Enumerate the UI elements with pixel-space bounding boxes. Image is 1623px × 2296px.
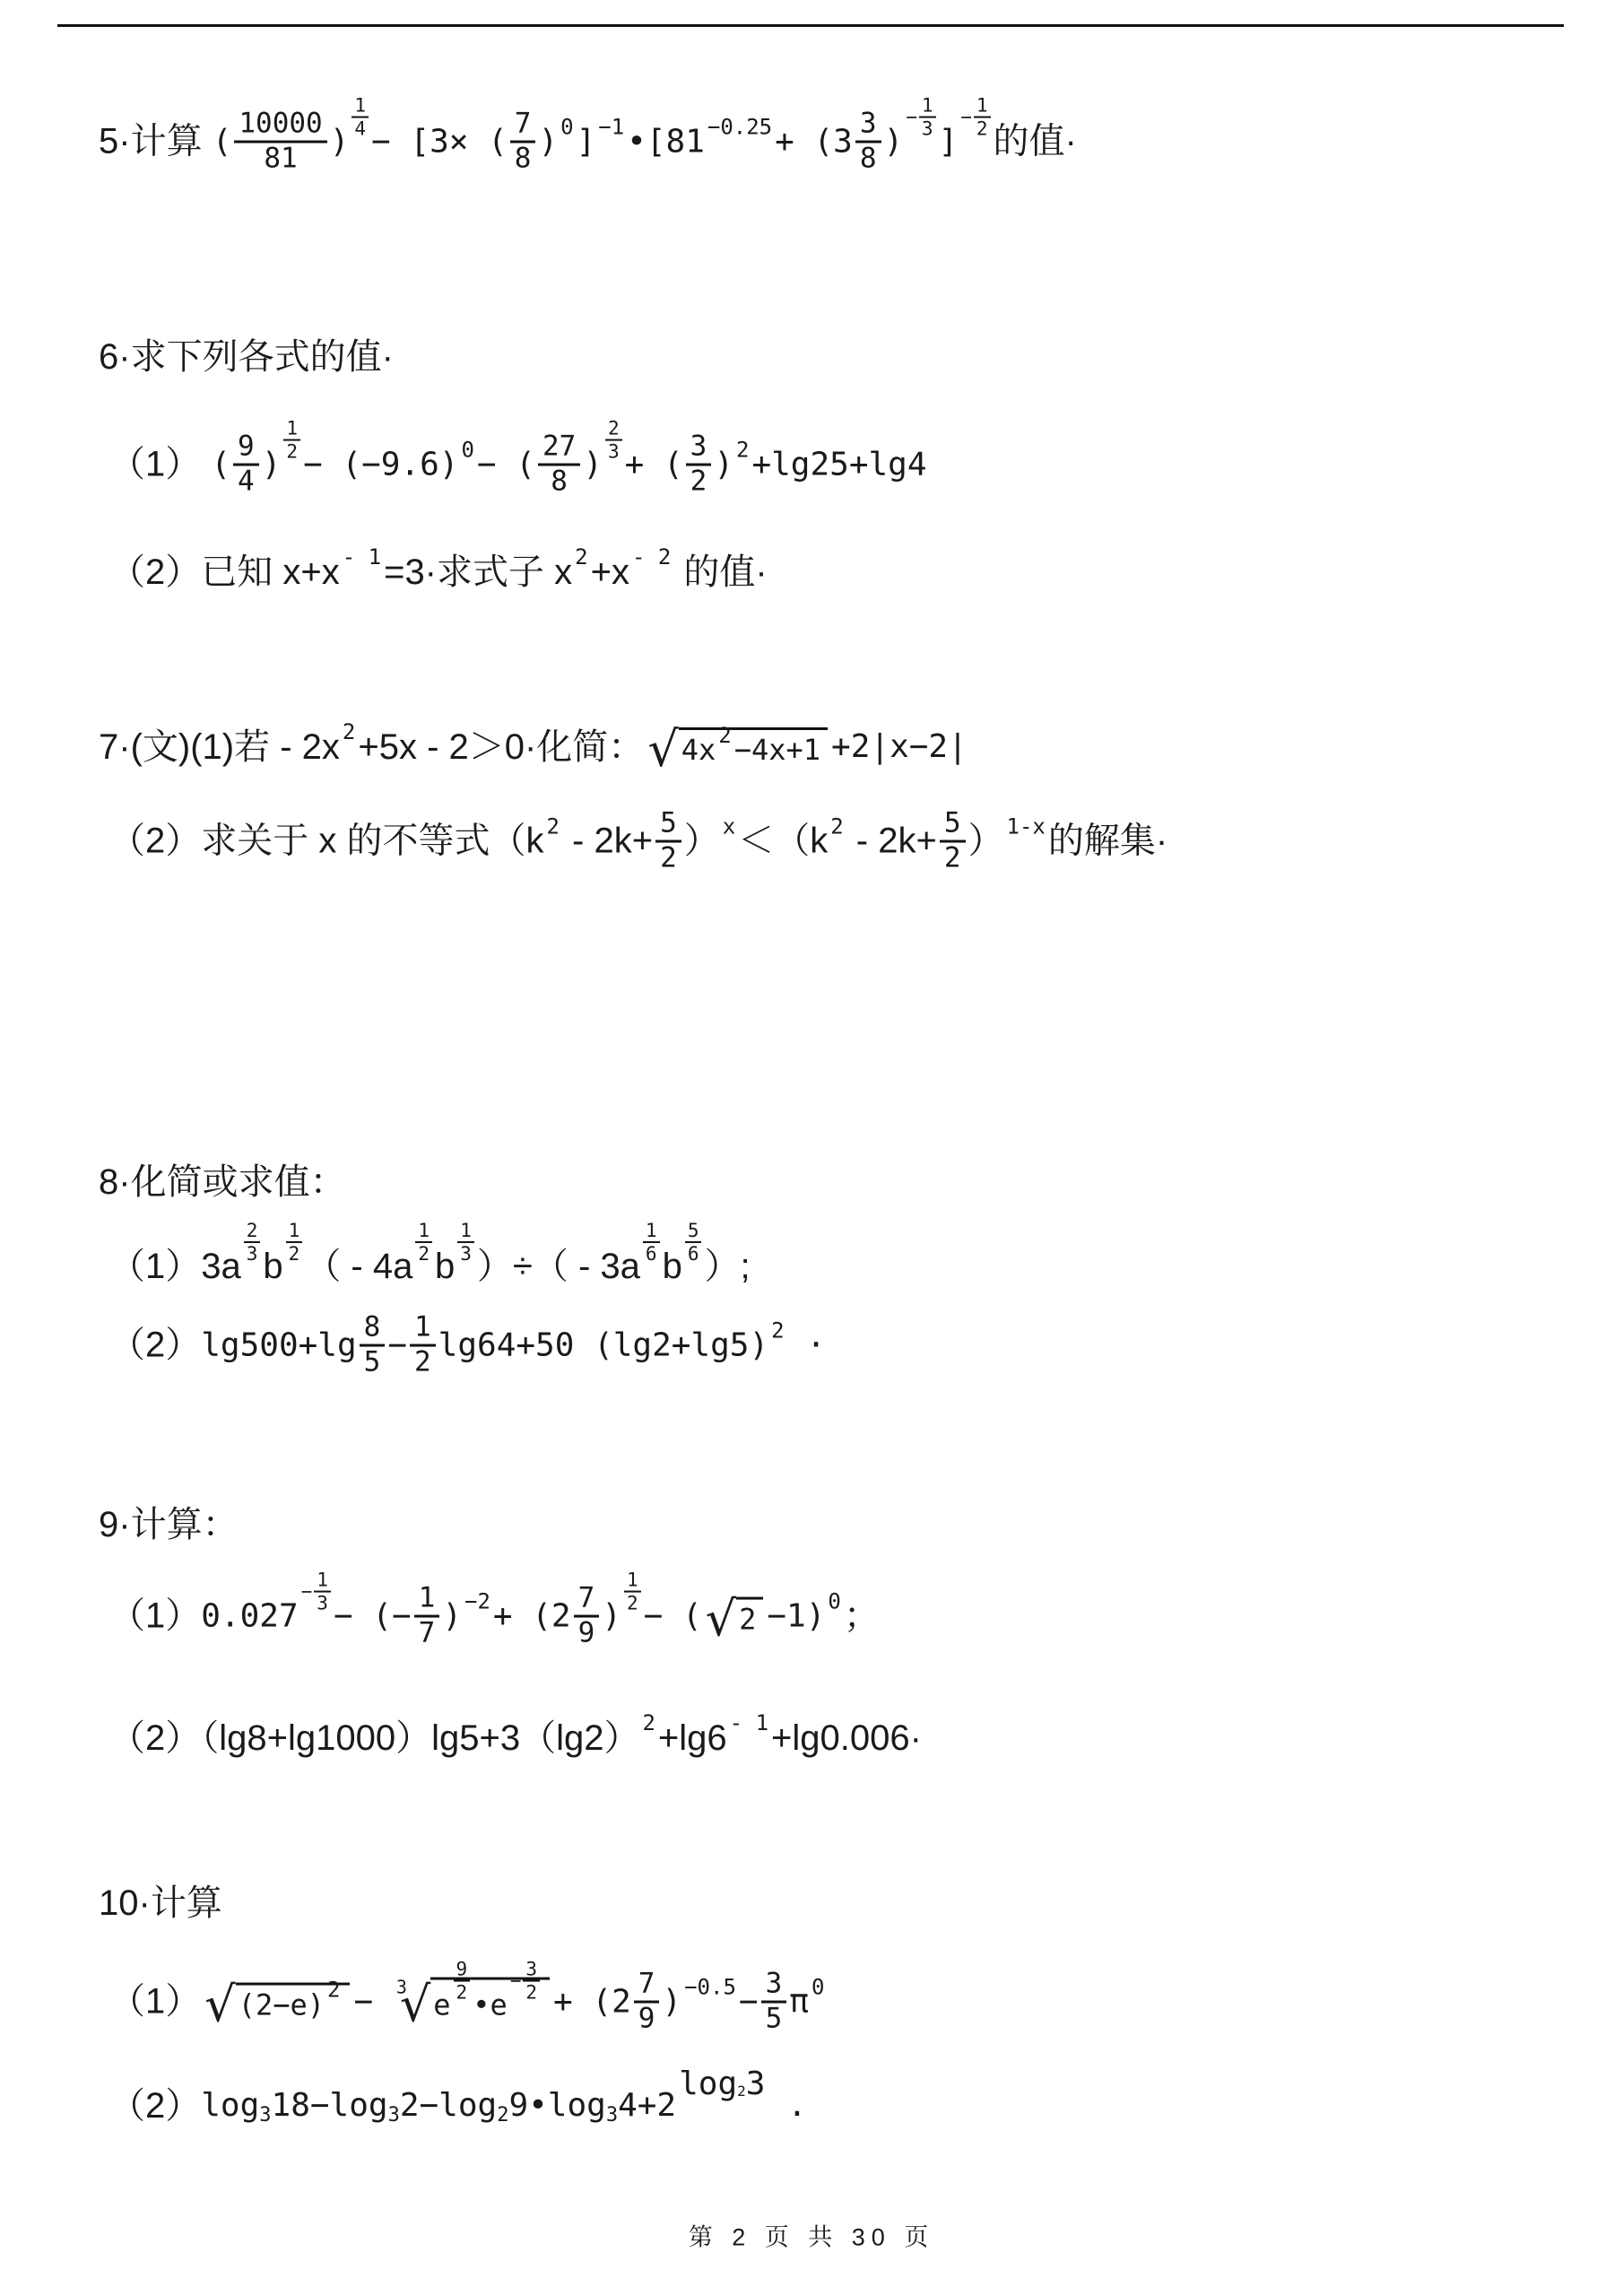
text-run: 6·求下列各式的值· (99, 336, 394, 378)
text-run: +lg6 (658, 1718, 727, 1759)
fraction: 13 (919, 96, 936, 139)
superscript: 2 (771, 1318, 784, 1344)
fraction-exponent: 12 (415, 1221, 432, 1264)
problem-8-part-2: （2）lg500+lg85−12lg64+50 (lg2+lg5)2 · (109, 1313, 826, 1378)
fraction-numerator: 1 (314, 1570, 331, 1593)
problem-8-part-1: （1）3a23b12（ - 4a12b13）÷（ - 3a16b56）; (109, 1245, 751, 1288)
math-run: •e (473, 1988, 508, 2022)
math-run: (2−e) (239, 1988, 325, 2022)
text-run: （1） (109, 1596, 201, 1637)
math-run: lg64+50 (lg2+lg5) (438, 1326, 768, 1363)
superscript: 0 (461, 438, 473, 463)
superscript: −2 (464, 1589, 490, 1614)
fraction-exponent: 16 (643, 1221, 660, 1264)
superscript: - 1 (730, 1711, 768, 1736)
fraction: 12 (974, 96, 991, 139)
fraction: 79 (574, 1584, 600, 1649)
math-run: . (768, 2087, 806, 2124)
superscript: −0.5 (684, 1975, 736, 2000)
math-run: −4x+1 (734, 734, 820, 767)
text-run: 5·计算 (99, 121, 213, 162)
text-run: ； (844, 1596, 880, 1637)
math-run: − ( (477, 446, 535, 483)
math-run: lg500+lg (201, 1326, 356, 1363)
fraction-denominator: 3 (608, 441, 620, 462)
fraction: 12 (415, 1221, 432, 1264)
math-run: +lg25+lg4 (751, 446, 926, 483)
fraction-numerator: 1 (286, 1221, 303, 1243)
text-run: ） (968, 821, 1004, 862)
radicand: (2−e)2 (236, 1982, 351, 2022)
text-run: - 2k+ (846, 821, 937, 862)
radical-symbol: √ (706, 1599, 736, 1638)
fraction-numerator: 3 (523, 1959, 540, 1981)
fraction-denominator: 2 (456, 1982, 468, 2003)
document-page: 5·计算 (1000081)14− [3× (78)0]−1•[81−0.25+… (0, 0, 1623, 2296)
fraction: 79 (634, 1970, 660, 2035)
fraction: 12 (286, 1221, 303, 1264)
fraction-numerator: 27 (538, 432, 580, 466)
superscript: −0.25 (707, 115, 772, 140)
fraction-exponent: 56 (685, 1221, 702, 1264)
problem-7-part-2: （2）求关于 x 的不等式（k2 - 2k+52）x＜（k2 - 2k+52）1… (109, 809, 1167, 874)
fraction: 13 (457, 1221, 474, 1264)
fraction-denominator: 4 (354, 118, 366, 139)
fraction-denominator: 2 (627, 1593, 638, 1613)
fraction-denominator: 6 (646, 1243, 657, 1264)
math-run: •[81 (627, 123, 705, 160)
text-run: 8·化简或求值： (99, 1161, 346, 1203)
fraction: 78 (510, 109, 536, 175)
math-run: + ( (625, 446, 683, 483)
subscript: 3 (259, 2104, 271, 2126)
math-run: log (201, 2087, 259, 2124)
fraction-denominator: 5 (766, 2004, 783, 2034)
fraction: 17 (414, 1584, 440, 1649)
fraction-denominator: 6 (688, 1243, 699, 1264)
problem-9-part-1: （1）0.027−13− (−17)−2+ (279)12− (√2−1)0； (109, 1584, 880, 1649)
math-run: ) (442, 1597, 462, 1634)
fraction: 16 (643, 1221, 660, 1264)
radical-symbol: √ (204, 1985, 235, 2023)
radical-symbol: √ (400, 1985, 430, 2023)
superscript: - 1 (343, 545, 381, 570)
fraction-numerator: 7 (634, 1970, 660, 2004)
superscript: 0 (828, 1589, 840, 1614)
fraction-denominator: 2 (414, 1347, 431, 1378)
text-run: 10·计算 (99, 1883, 222, 1924)
math-run: − (−9.6) (303, 446, 458, 483)
math-run: ) (884, 123, 904, 160)
exponent-sign: − (960, 107, 972, 128)
fraction-exponent: 12 (286, 1221, 303, 1264)
fraction-denominator: 2 (286, 441, 298, 462)
fraction: 278 (538, 432, 580, 498)
text-run: （2）（lg8+lg1000）lg5+3（lg2） (109, 1718, 639, 1759)
exponent-sign: − (906, 107, 917, 128)
fraction-denominator: 8 (860, 143, 877, 174)
text-run: +lg0.006· (771, 1718, 922, 1759)
text-run: 9·计算： (99, 1504, 239, 1545)
math-run: − [3× ( (371, 123, 508, 160)
fraction-numerator: 1 (410, 1313, 436, 1347)
subscript: 3 (388, 2104, 400, 2126)
math-run: ) (602, 1597, 621, 1634)
fraction: 56 (685, 1221, 702, 1264)
fraction-numerator: 7 (510, 109, 536, 143)
fraction: 35 (761, 1970, 787, 2035)
text-run: =3·求式子 x (384, 552, 572, 593)
superscript: 2 (642, 1711, 655, 1736)
superscript: 2 (830, 814, 843, 839)
math-run: 9•log (508, 2087, 605, 2124)
math-run: ) (662, 1983, 681, 2020)
fraction-numerator: 2 (244, 1221, 261, 1243)
fraction: 13 (314, 1570, 331, 1613)
fraction-numerator: 9 (454, 1959, 471, 1981)
subscript: 3 (606, 2104, 618, 2126)
fraction-denominator: 8 (515, 143, 532, 174)
superscript: 2 (343, 720, 355, 745)
problem-6-part-1: （1） (94)12− (−9.6)0− (278)23+ (32)2+lg25… (109, 432, 927, 498)
math-run: −1) (767, 1597, 825, 1634)
superscript: 0 (560, 115, 573, 140)
text-run: （1） (109, 444, 211, 485)
fraction-denominator: 3 (317, 1593, 328, 1613)
superscript-group: log23 (679, 2066, 765, 2102)
fraction-numerator: 1 (643, 1221, 660, 1243)
fraction-exponent: 92 (454, 1959, 471, 2002)
fraction-numerator: 8 (360, 1313, 386, 1347)
fraction-exponent: −13 (301, 1570, 331, 1613)
fraction-exponent: −12 (960, 96, 990, 139)
math-run: ) (262, 446, 282, 483)
fraction-numerator: 3 (855, 109, 881, 143)
math-run: ) (583, 446, 603, 483)
text-run: ＜（k (738, 821, 828, 862)
text-run: b (435, 1246, 455, 1287)
text-run: 的值· (673, 552, 767, 593)
fraction: 32 (523, 1959, 540, 2002)
fraction-numerator: 1 (352, 96, 369, 118)
problem-10-part-1: （1）√(2−e)2− 3√e92•e−32+ (279)−0.5−35π0 (109, 1970, 827, 2035)
fraction-exponent: 23 (605, 419, 622, 462)
fraction-exponent: 14 (352, 96, 369, 139)
page-number-footer: 第 2 页 共 30 页 (0, 2218, 1623, 2253)
fraction-exponent: 23 (244, 1221, 261, 1264)
fraction-numerator: 2 (605, 419, 622, 441)
math-run: π (789, 1983, 809, 2020)
math-run: ) (330, 123, 350, 160)
problem-9-title: 9·计算： (99, 1504, 239, 1545)
text-run: 7·(文)(1)若 - 2x (99, 726, 340, 768)
fraction-numerator: 3 (686, 432, 712, 466)
text-run: （2） (109, 2085, 201, 2126)
text-run: ） (684, 821, 720, 862)
radicand: e92•e−32 (430, 1977, 550, 2026)
radical-symbol: √ (647, 730, 678, 769)
fraction-denominator: 7 (419, 1618, 436, 1648)
fraction-denominator: 9 (578, 1618, 595, 1648)
fraction-numerator: 1 (919, 96, 936, 118)
math-run: ( (211, 446, 230, 483)
radical: √4x2−4x+1 (647, 727, 828, 767)
fraction-numerator: 1 (624, 1570, 641, 1593)
fraction-exponent: 12 (624, 1570, 641, 1613)
math-run: ] (939, 123, 959, 160)
fraction-numerator: 5 (655, 809, 681, 843)
fraction-numerator: 1 (415, 1221, 432, 1243)
text-run: ）; (704, 1246, 750, 1287)
superscript: −1 (598, 115, 624, 140)
superscript: x (723, 814, 735, 839)
fraction: 38 (855, 109, 881, 175)
fraction-exponent: 12 (283, 419, 300, 462)
text-run: （1） (109, 1981, 201, 2022)
text-run: （2） (109, 1325, 201, 1366)
fraction: 14 (352, 96, 369, 139)
exponent-sign: − (510, 1970, 522, 1991)
fraction: 85 (360, 1313, 386, 1378)
text-run: 的值· (994, 121, 1077, 162)
math-run: 0.027 (201, 1597, 298, 1634)
fraction-denominator: 3 (922, 118, 933, 139)
problem-9-part-2: （2）（lg8+lg1000）lg5+3（lg2）2+lg6- 1+lg0.00… (109, 1718, 922, 1759)
fraction: 52 (655, 809, 681, 874)
problem-7-part-1: 7·(文)(1)若 - 2x2+5x - 2＞0·化简：√4x2−4x+1+2|… (99, 726, 968, 768)
fraction: 12 (624, 1570, 641, 1613)
fraction: 1000081 (234, 109, 326, 175)
problem-8-title: 8·化简或求值： (99, 1161, 346, 1203)
fraction-numerator: 1 (974, 96, 991, 118)
fraction: 92 (454, 1959, 471, 2002)
problem-5-statement: 5·计算 (1000081)14− [3× (78)0]−1•[81−0.25+… (99, 109, 1077, 175)
superscript: - 2 (632, 545, 671, 570)
math-run: − (− (334, 1597, 412, 1634)
fraction-denominator: 2 (690, 466, 707, 497)
math-run: + (2 (553, 1983, 631, 2020)
fraction-numerator: 10000 (234, 109, 326, 143)
text-run: ）÷（ - 3a (477, 1246, 640, 1287)
subscript: 2 (497, 2104, 508, 2126)
superscript: 2 (736, 438, 749, 463)
fraction: 52 (940, 809, 966, 874)
text-run: +5x - 2＞0·化简： (358, 726, 644, 768)
text-run: （2）求关于 x 的不等式（k (109, 821, 543, 862)
fraction-denominator: 3 (460, 1243, 472, 1264)
subscript: 2 (737, 2083, 746, 2100)
fraction-numerator: 9 (233, 432, 259, 466)
math-run: ) (538, 123, 558, 160)
problem-10-part-2: （2）log318−log32−log29•log34+2log23 . (109, 2085, 807, 2126)
fraction-denominator: 2 (418, 1243, 430, 1264)
fraction-denominator: 4 (238, 466, 255, 497)
math-run: ] (577, 123, 596, 160)
exponent-sign: − (301, 1581, 313, 1603)
superscript: 2 (546, 814, 559, 839)
math-run: · (787, 1326, 826, 1363)
math-run: 4x (681, 734, 716, 767)
math-run: 2−log (400, 2087, 497, 2124)
math-run: − ( (644, 1597, 702, 1634)
radical: √(2−e)2 (204, 1982, 350, 2022)
fraction: 32 (686, 432, 712, 498)
fraction-denominator: 9 (638, 2004, 655, 2034)
fraction-numerator: 1 (414, 1584, 440, 1618)
superscript: 0 (811, 1975, 824, 2000)
math-run: ( (213, 123, 232, 160)
text-run: （1）3a (109, 1246, 241, 1287)
fraction: 23 (244, 1221, 261, 1264)
problem-10-title: 10·计算 (99, 1883, 222, 1924)
text-run: - 2k+ (562, 821, 653, 862)
radical: 3√e92•e−32 (396, 1977, 550, 2026)
fraction-denominator: 2 (660, 843, 677, 874)
fraction-denominator: 3 (247, 1243, 258, 1264)
fraction: 12 (283, 419, 300, 462)
fraction-numerator: 1 (457, 1221, 474, 1243)
math-run: + (3 (775, 123, 853, 160)
fraction-exponent: −32 (510, 1959, 540, 2002)
text-run: b (663, 1246, 682, 1287)
fraction-exponent: 13 (457, 1221, 474, 1264)
fraction-numerator: 5 (685, 1221, 702, 1243)
math-run: +2|x−2| (831, 728, 968, 765)
text-run: +x (591, 552, 629, 593)
fraction-exponent: −13 (906, 96, 935, 139)
fraction-denominator: 2 (289, 1243, 300, 1264)
fraction-denominator: 8 (551, 466, 568, 497)
radicand: 4x2−4x+1 (679, 727, 828, 767)
math-run: e (433, 1988, 450, 2022)
fraction-denominator: 2 (525, 1982, 537, 2003)
fraction-denominator: 2 (944, 843, 961, 874)
fraction-numerator: 1 (283, 419, 300, 441)
problem-6-part-2: （2）已知 x+x- 1=3·求式子 x2+x- 2 的值· (109, 552, 768, 593)
fraction-denominator: 5 (364, 1347, 381, 1378)
fraction-denominator: 2 (976, 118, 988, 139)
math-run: ) (714, 446, 733, 483)
page-header-rule (57, 24, 1564, 27)
problem-6-title: 6·求下列各式的值· (99, 336, 394, 378)
math-run: + (2 (493, 1597, 571, 1634)
text-run: b (263, 1246, 282, 1287)
fraction: 12 (410, 1313, 436, 1378)
math-run: − (387, 1326, 407, 1363)
fraction-numerator: 5 (940, 809, 966, 843)
radical: √2 (706, 1596, 764, 1636)
superscript: 2 (327, 1979, 340, 2004)
fraction-numerator: 3 (761, 1970, 787, 2004)
radicand: 2 (736, 1596, 763, 1636)
superscript: 2 (718, 724, 731, 749)
text-run: 的解集· (1048, 821, 1167, 862)
math-run: 2 (739, 1603, 756, 1636)
math-run: 4+2 (618, 2087, 676, 2124)
math-run: 18−log (272, 2087, 388, 2124)
math-run: 3 (746, 2066, 766, 2102)
fraction: 94 (233, 432, 259, 498)
math-run: − (353, 1983, 392, 2020)
text-run: （2）已知 x+x (109, 552, 340, 593)
math-run: log (679, 2066, 737, 2102)
fraction-numerator: 7 (574, 1584, 600, 1618)
fraction: 23 (605, 419, 622, 462)
superscript: 2 (575, 545, 587, 570)
fraction-denominator: 81 (264, 143, 297, 174)
text-run: （ - 4a (305, 1246, 412, 1287)
math-run: − (739, 1983, 759, 2020)
superscript: 1-x (1007, 814, 1046, 839)
